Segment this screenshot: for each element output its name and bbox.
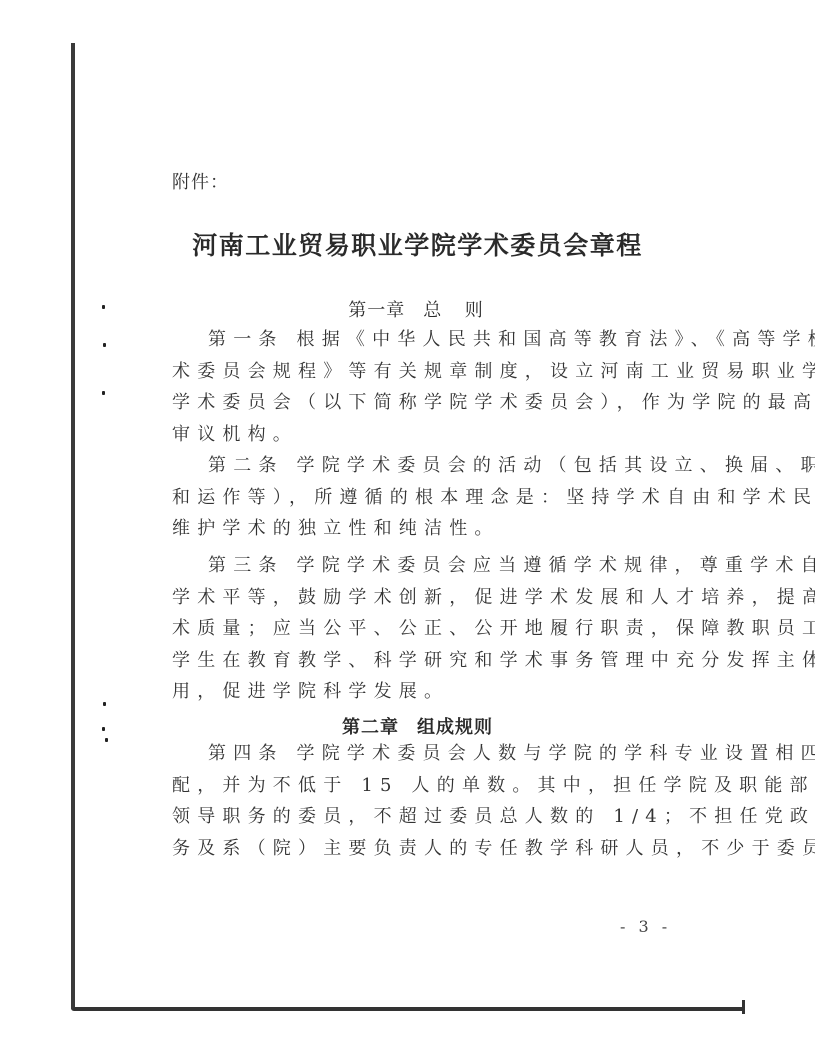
article-line: 审议机构。	[172, 419, 672, 451]
margin-mark	[103, 702, 106, 706]
article-line: 术质量；应当公平、公正、公开地履行职责，保障教职员工和	[172, 613, 672, 645]
chapter-1-heading: 第一章总 则	[0, 296, 815, 322]
document-title: 河南工业贸易职业学院学术委员会章程	[0, 226, 815, 262]
article-line: 领导职务的委员，不超过委员总人数的 1/4；不担任党政领导职	[172, 801, 672, 833]
article-line: 配，并为不低于 15 人的单数。其中，担任学院及职能部门党政	[172, 770, 672, 802]
article-line: 和运作等），所遵循的根本理念是：坚持学术自由和学术民主，	[172, 482, 672, 514]
article-line: 务及系（院）主要负责人的专任教学科研人员，不少于委员总	[172, 833, 672, 865]
margin-mark	[102, 391, 105, 395]
article-line: 第四条 学院学术委员会人数与学院的学科专业设置相匹	[172, 738, 672, 770]
attachment-label: 附件：	[172, 168, 229, 194]
chapter-number: 第一章	[348, 300, 405, 321]
margin-mark	[103, 343, 106, 347]
chapter-name: 总 则	[423, 300, 486, 321]
article-line: 学术平等，鼓励学术创新，促进学术发展和人才培养，提高学	[172, 582, 672, 614]
chapter-number: 第二章	[342, 717, 399, 738]
article-line: 用，促进学院科学发展。	[172, 676, 672, 708]
article-line: 第三条 学院学术委员会应当遵循学术规律，尊重学术自由、	[172, 550, 672, 582]
page-edge-mark	[742, 1000, 745, 1014]
page-number: - 3 -	[620, 917, 671, 936]
article-line: 学术委员会（以下简称学院学术委员会），作为学院的最高学术	[172, 387, 672, 419]
article-2: 第二条 学院学术委员会的活动（包括其设立、换届、职责 和运作等），所遵循的根本理…	[172, 450, 672, 545]
article-4: 第四条 学院学术委员会人数与学院的学科专业设置相匹 配，并为不低于 15 人的单…	[172, 738, 672, 864]
article-line: 学生在教育教学、科学研究和学术事务管理中充分发挥主体作	[172, 645, 672, 677]
article-line: 术委员会规程》等有关规章制度，设立河南工业贸易职业学院	[172, 356, 672, 388]
article-line: 第一条 根据《中华人民共和国高等教育法》、《高等学校学	[172, 324, 672, 356]
chapter-name: 组成规则	[417, 717, 493, 738]
article-3: 第三条 学院学术委员会应当遵循学术规律，尊重学术自由、 学术平等，鼓励学术创新，…	[172, 550, 672, 708]
article-line: 维护学术的独立性和纯洁性。	[172, 513, 672, 545]
article-1: 第一条 根据《中华人民共和国高等教育法》、《高等学校学 术委员会规程》等有关规章…	[172, 324, 672, 450]
chapter-2-heading: 第二章组成规则	[0, 713, 815, 739]
article-line: 第二条 学院学术委员会的活动（包括其设立、换届、职责	[172, 450, 672, 482]
